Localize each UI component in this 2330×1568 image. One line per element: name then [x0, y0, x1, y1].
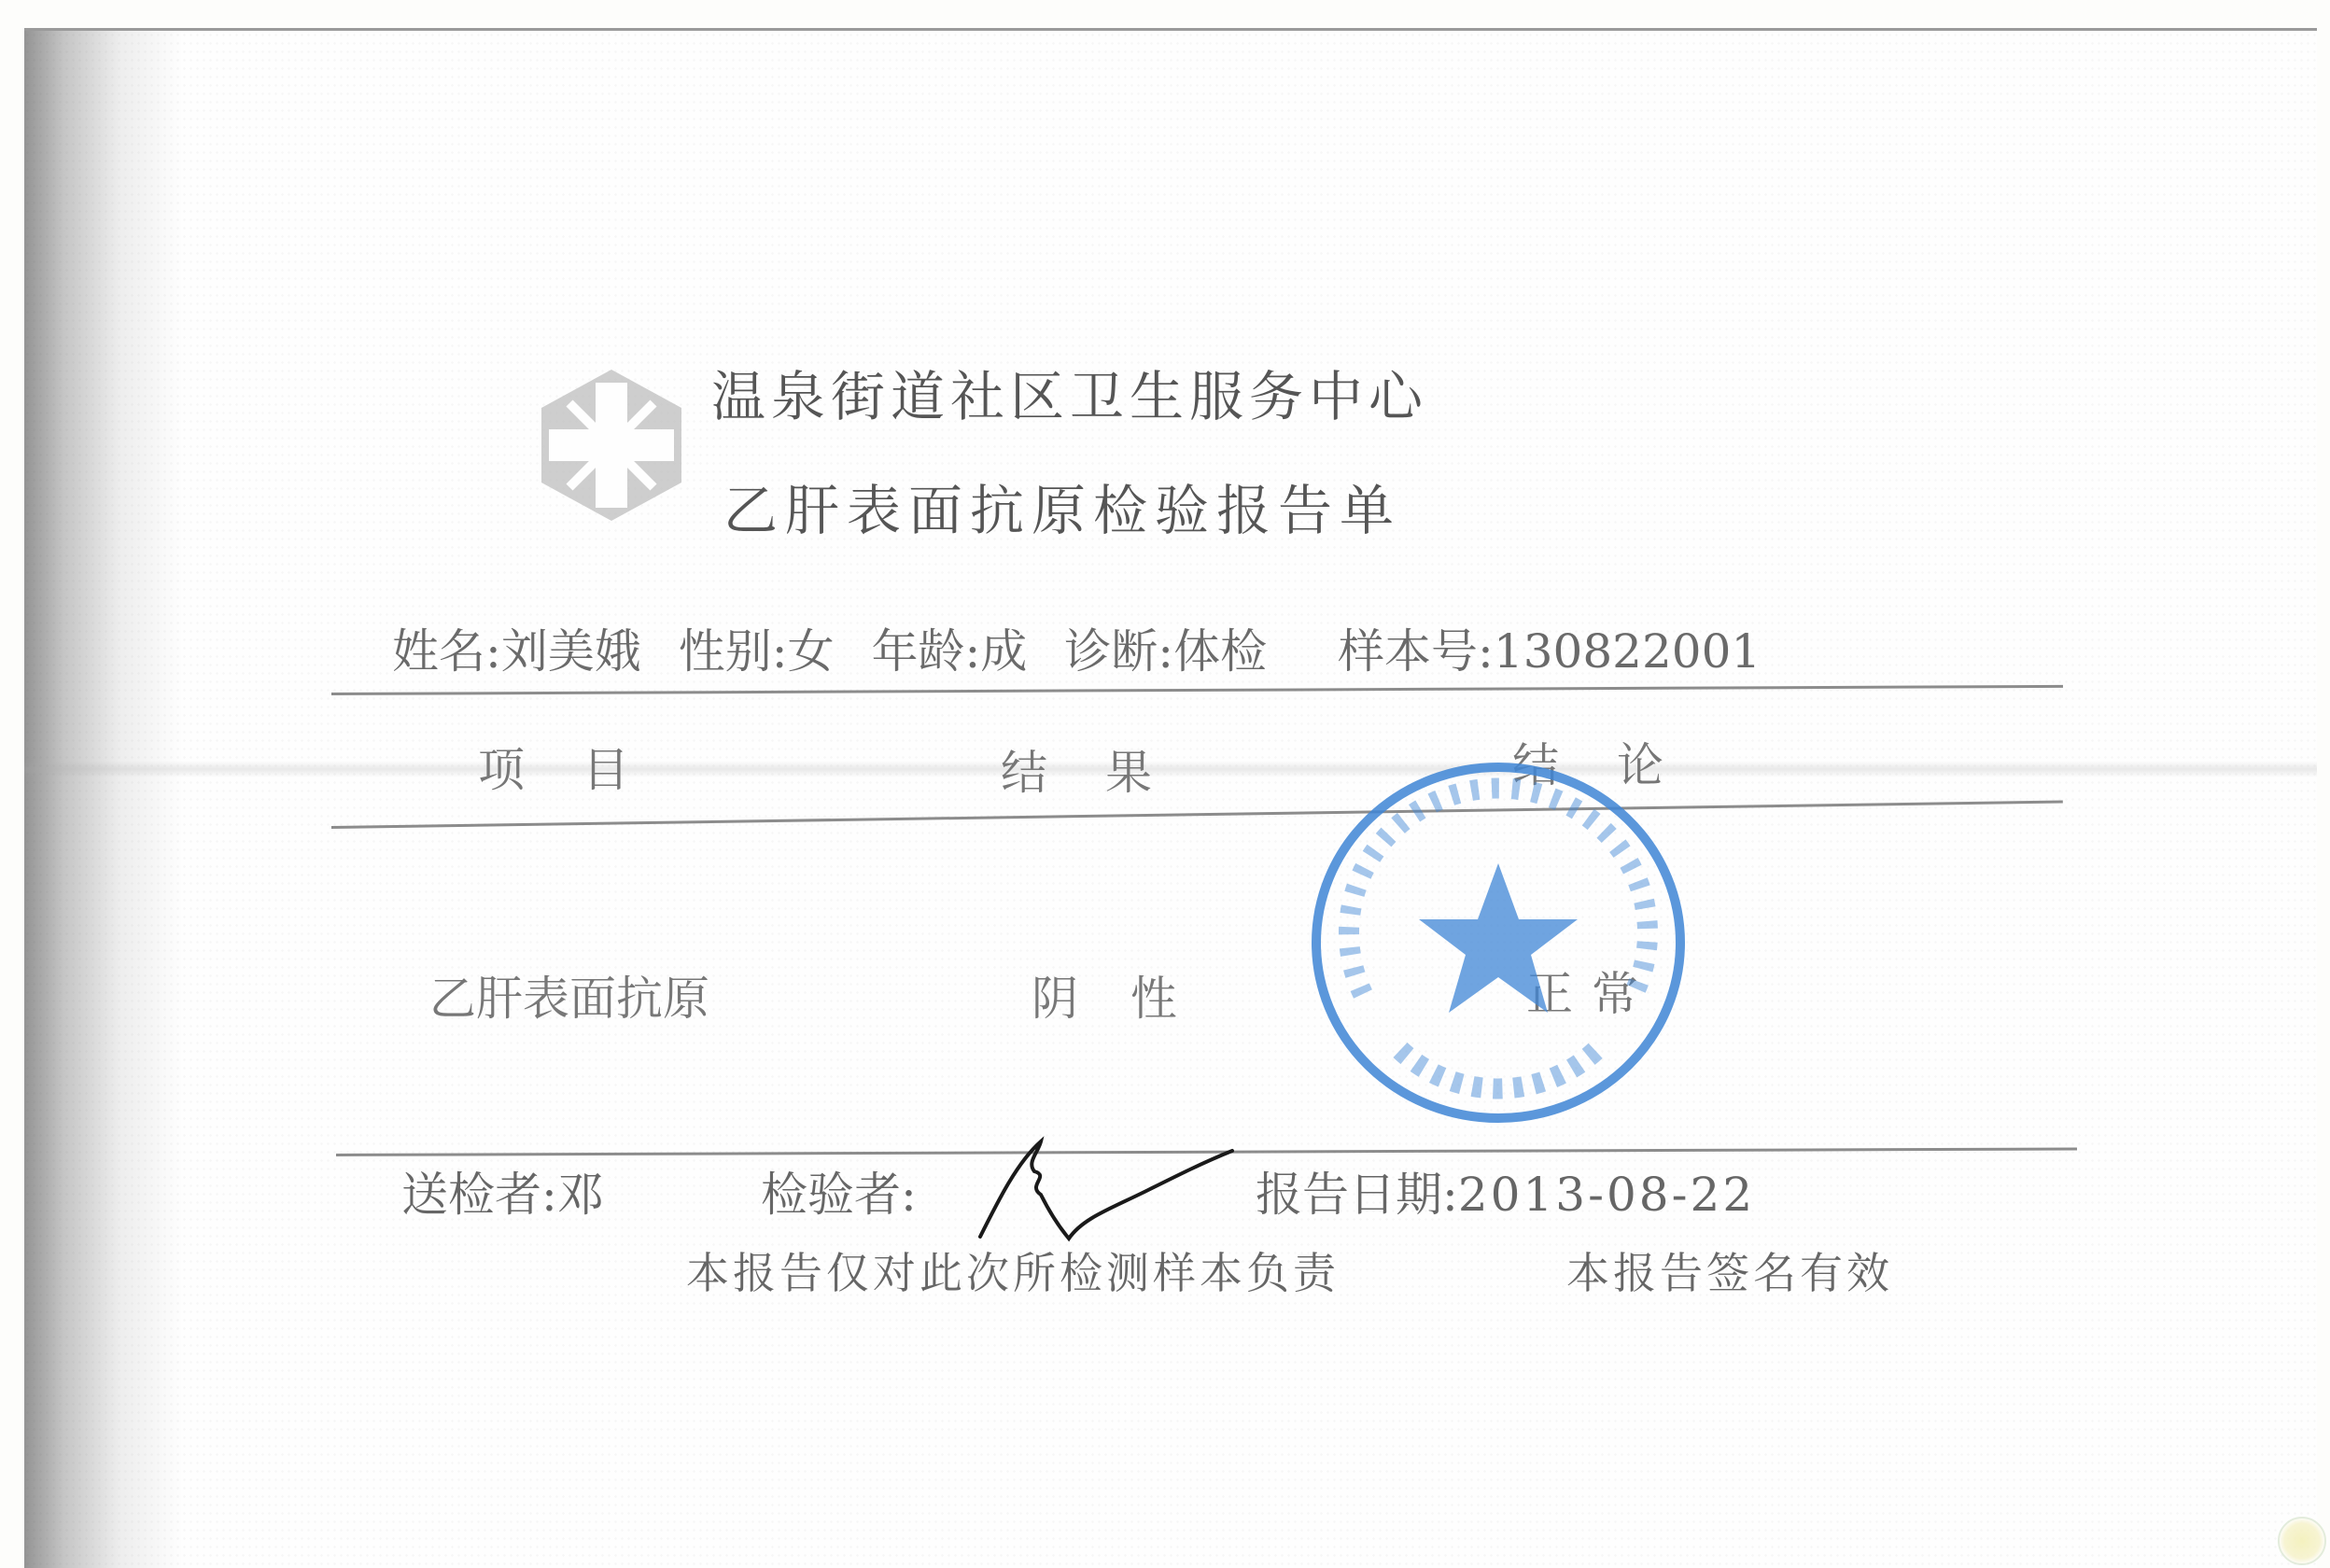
report-date-label: 报告日期: — [1256, 1168, 1458, 1222]
watermark-badge-icon — [2278, 1517, 2326, 1565]
sex-label: 性别: — [679, 624, 788, 679]
age-value: 成 — [980, 624, 1027, 679]
inspector-signature — [961, 1134, 1242, 1246]
cell-result: 阴 性 — [1032, 961, 1196, 1029]
patient-info: 姓名:刘美娥 性别:女 年龄:成 诊断:体检 样本号:130822001 — [392, 614, 1783, 681]
sender-label: 送检者: — [401, 1168, 557, 1222]
inspector-field: 检验者: — [761, 1157, 917, 1225]
diagnosis-label: 诊断: — [1064, 624, 1173, 679]
patient-age-field: 年龄:成 — [872, 624, 1028, 679]
diagnosis-value: 体检 — [1173, 624, 1267, 679]
institution-name: 温泉街道社区卫生服务中心 — [711, 353, 1428, 431]
notice-sample-responsibility: 本报告仅对此次所检测样本负责 — [686, 1239, 1340, 1301]
star-icon — [1419, 863, 1578, 1013]
patient-sex-field: 性别:女 — [679, 624, 835, 679]
notice-signature-valid: 本报告签名有效 — [1566, 1239, 1893, 1301]
sender-field: 送检者:邓 — [401, 1157, 604, 1225]
report-date-field: 报告日期:2013-08-22 — [1256, 1157, 1755, 1225]
sender-value: 邓 — [557, 1168, 604, 1222]
scan-shadow — [24, 31, 183, 1568]
patient-name-field: 姓名:刘美娥 — [392, 624, 641, 679]
cell-item: 乙肝表面抗原 — [429, 961, 709, 1029]
sample-number-field: 样本号:130822001 — [1338, 624, 1761, 679]
patient-diagnosis-field: 诊断:体检 — [1064, 624, 1267, 679]
sample-label: 样本号: — [1338, 624, 1494, 679]
report-title: 乙肝表面抗原检验报告单 — [723, 467, 1401, 545]
column-header-item: 项目 — [478, 733, 687, 800]
medical-cross-logo-icon — [532, 366, 691, 525]
name-value: 刘美娥 — [501, 624, 641, 679]
column-header-result: 结果 — [1001, 735, 1210, 803]
sample-value: 130822001 — [1494, 624, 1761, 679]
age-label: 年龄: — [872, 624, 981, 679]
inspector-label: 检验者: — [761, 1168, 917, 1222]
name-label: 姓名: — [392, 624, 501, 679]
official-seal-stamp — [1298, 742, 1699, 1143]
sex-value: 女 — [788, 624, 835, 679]
report-date-value: 2013-08-22 — [1458, 1168, 1755, 1222]
